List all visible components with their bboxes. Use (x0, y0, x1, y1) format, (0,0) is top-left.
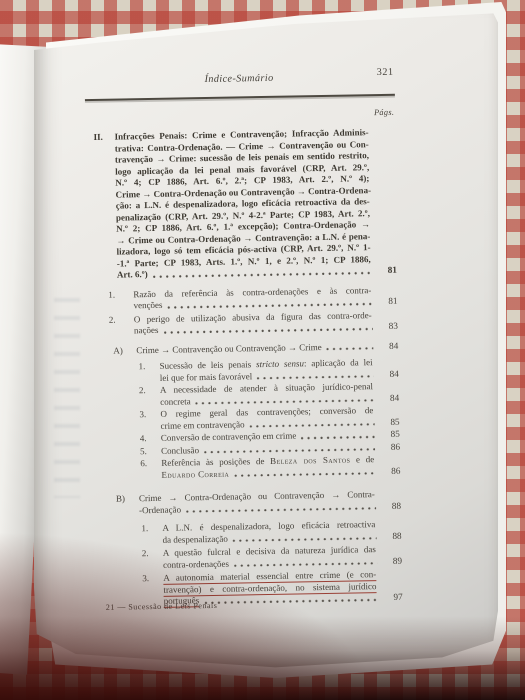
page-ref: 84 (376, 340, 398, 352)
dotted-leader (163, 321, 373, 336)
toc-item-A1: 1. Sucessão de leis penais stricto sensu… (138, 357, 398, 385)
page-ref: 81 (375, 296, 397, 308)
dotted-leader (186, 501, 376, 516)
pags-label: Págs. (85, 108, 394, 122)
dotted-leader (327, 341, 374, 353)
page-ref: 84 (377, 392, 399, 404)
footer-note: 21 — Sucessão de Leis Penais (106, 601, 218, 612)
dotted-leader (167, 296, 372, 311)
page-ref: 97 (381, 592, 403, 604)
dotted-leader (257, 369, 374, 383)
toc-item-A6: 6. Referência às posições de Beleza dos … (140, 454, 400, 482)
toc-item-B1: 1. A L.N. é despenalizadora, logo eficác… (141, 519, 401, 547)
page-ref: 88 (379, 500, 401, 512)
toc-section-A: A) Crime → Contravenção ou Contravenção … (113, 340, 398, 356)
toc-entry-II: II. Infracções Penais: Crime e Contraven… (93, 127, 397, 282)
page-header: Índice-Sumário 321 (84, 66, 393, 87)
dotted-leader (234, 466, 375, 480)
page-ref: 84 (377, 368, 399, 380)
page-ref: 89 (380, 555, 402, 567)
folio-number: 321 (377, 67, 394, 78)
author-name: Eduardo Correia (161, 468, 229, 481)
entry-line: Art. 6.º) (117, 269, 148, 281)
toc-item-B2: 2. A questão fulcral e decisiva da natur… (142, 544, 402, 572)
dotted-leader (233, 531, 377, 545)
dotted-leader (234, 556, 377, 570)
page-ref: 86 (378, 441, 400, 453)
table-of-contents: II. Infracções Penais: Crime e Contraven… (85, 127, 402, 609)
running-title: Índice-Sumário (204, 73, 273, 85)
dotted-leader (153, 265, 372, 280)
dotted-leader (249, 417, 374, 431)
page-ref: 86 (378, 465, 400, 477)
author-name: Beleza dos Santos (270, 455, 350, 466)
page-content: Índice-Sumário 321 Págs. II. Infracções … (29, 4, 505, 678)
page-ref: 85 (377, 416, 399, 428)
book-photo: Índice-Sumário 321 Págs. II. Infracções … (0, 0, 525, 700)
page-ref: 81 (375, 265, 397, 277)
toc-item-2: 2. O perigo de utilização abusiva da fig… (109, 309, 398, 337)
entry-marker: II. (93, 132, 114, 144)
page-ref: 83 (376, 321, 398, 333)
book-page: Índice-Sumário 321 Págs. II. Infracções … (34, 8, 498, 674)
header-rule (85, 94, 395, 101)
dotted-leader (204, 592, 378, 607)
latin-phrase: stricto sensu (256, 358, 304, 369)
page-ref: 85 (378, 429, 400, 441)
toc-item-A3: 3. O regime geral das contravenções; con… (139, 405, 399, 433)
toc-section-B: B) Crime → Contra-Ordenação ou Contraven… (116, 489, 401, 517)
toc-item-A2: 2. A necessidade de atender à situação j… (139, 381, 399, 409)
dotted-leader (301, 429, 375, 442)
page-ref: 88 (379, 530, 401, 542)
toc-item-1: 1. Razão da referência às contra-ordenaç… (108, 284, 397, 312)
